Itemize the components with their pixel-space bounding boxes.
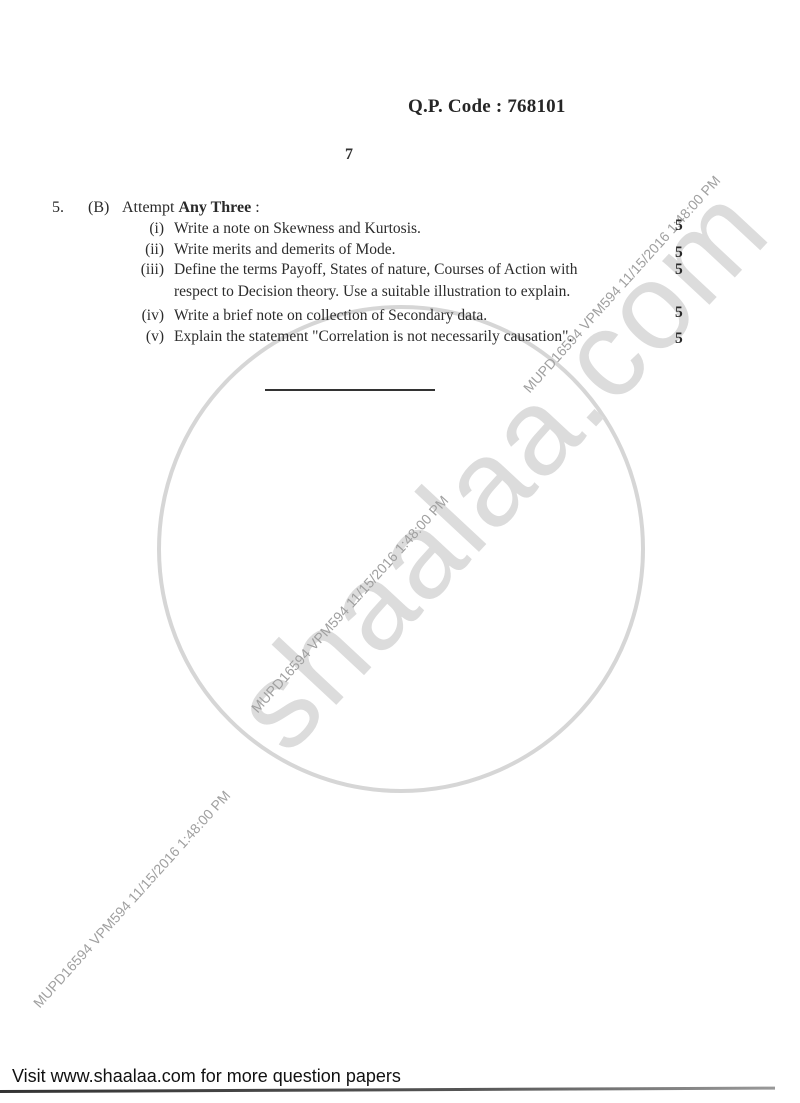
item-text: Write merits and demerits of Mode.: [174, 241, 395, 259]
instruction-prefix: Attempt: [122, 199, 178, 216]
item-marks: 5: [675, 261, 683, 279]
watermark-circle: [157, 305, 645, 793]
instruction-emphasis: Any Three: [178, 199, 251, 216]
item-marks: 5: [675, 217, 683, 235]
qp-code: Q.P. Code : 768101: [408, 96, 566, 118]
item-marks: 5: [675, 330, 683, 348]
end-rule: [265, 389, 435, 391]
item-numeral: (i): [132, 220, 164, 238]
item-text: Write a note on Skewness and Kurtosis.: [174, 220, 421, 238]
instruction-suffix: :: [251, 199, 259, 216]
watermark-stamp: MUPD16594 VPM594 11/15/2016 1:48:00 PM: [248, 492, 451, 715]
item-marks: 5: [675, 304, 683, 322]
watermark-stamp: MUPD16594 VPM594 11/15/2016 1:48:00 PM: [30, 787, 233, 1010]
item-text: Explain the statement "Correlation is no…: [174, 328, 572, 346]
item-text: Define the terms Payoff, States of natur…: [174, 261, 578, 279]
item-numeral: (iii): [132, 261, 164, 279]
item-numeral: (v): [132, 328, 164, 346]
item-text: Write a brief note on collection of Seco…: [174, 307, 487, 325]
page-number: 7: [345, 146, 353, 164]
item-numeral: (ii): [132, 241, 164, 259]
item-text: respect to Decision theory. Use a suitab…: [174, 283, 570, 301]
item-marks: 5: [675, 244, 683, 262]
footer-line: [0, 1087, 775, 1093]
footer-text: Visit www.shaalaa.com for more question …: [12, 1066, 401, 1087]
question-part: (B): [88, 199, 109, 217]
question-number: 5.: [52, 199, 64, 217]
item-numeral: (iv): [132, 307, 164, 325]
question-instruction: Attempt Any Three :: [122, 199, 260, 217]
